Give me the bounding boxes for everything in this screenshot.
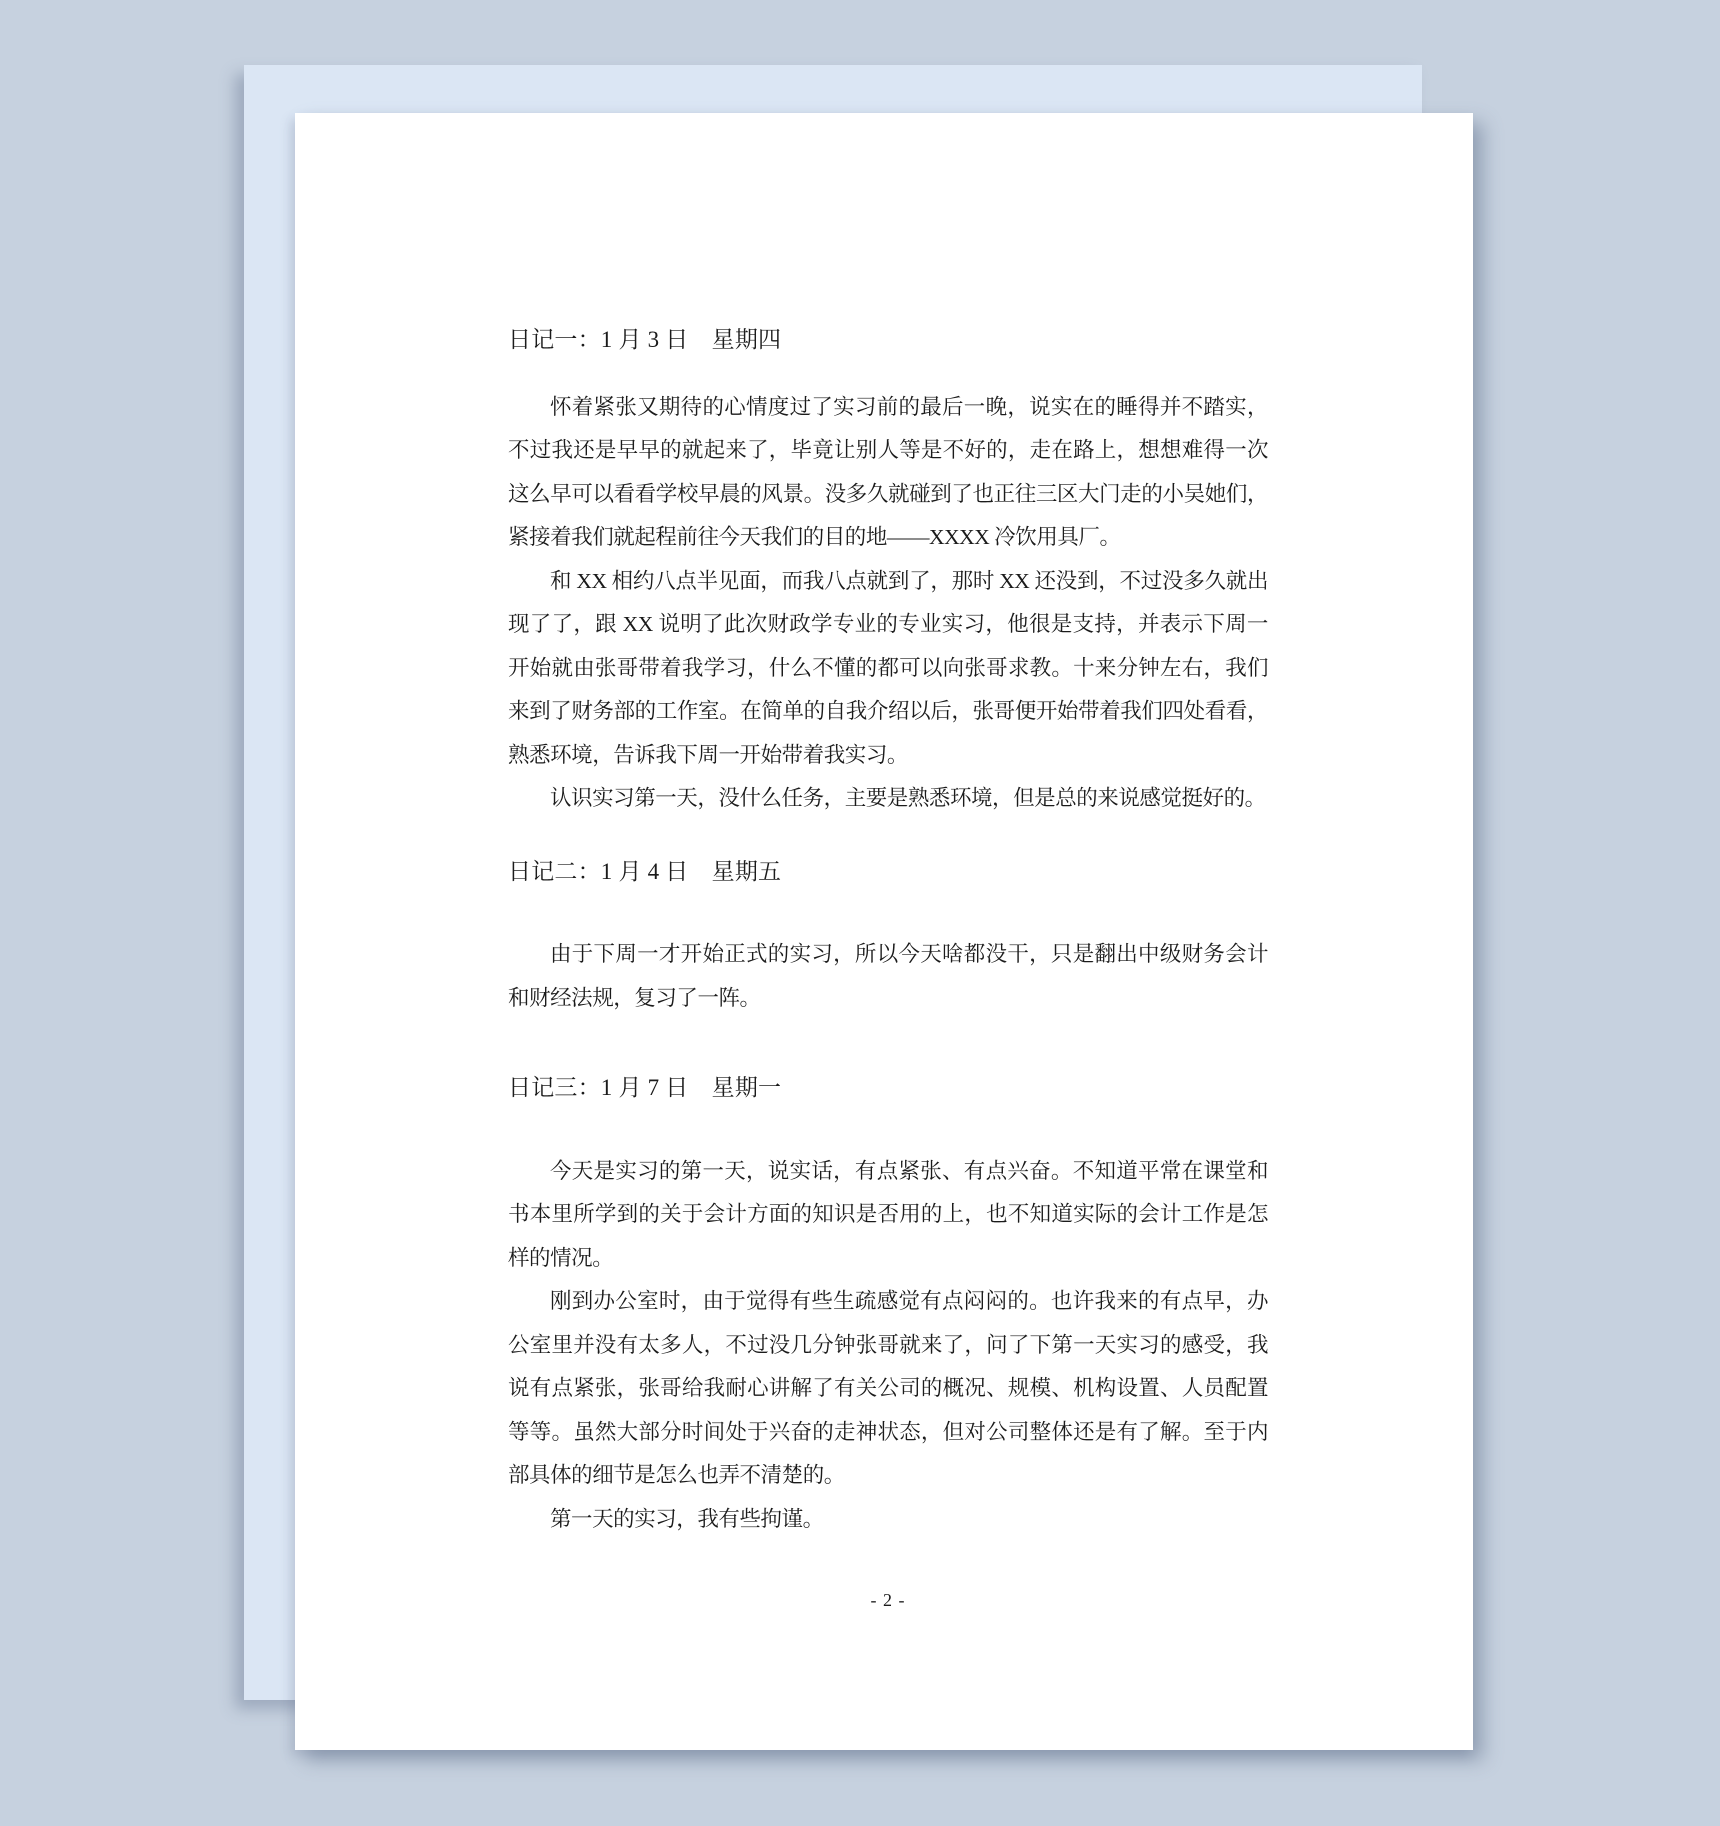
text-line: 和 XX 相约八点半见面，而我八点就到了，那时 XX 还没到，不过没多久就出 — [508, 560, 1268, 604]
paragraph: 由于下周一才开始正式的实习，所以今天啥都没干，只是翻出中级财务会计和财经法规，复… — [508, 933, 1268, 1020]
text-line: 来到了财务部的工作室。在简单的自我介绍以后，张哥便开始带着我们四处看看， — [508, 690, 1268, 734]
text-line: 部具体的细节是怎么也弄不清楚的。 — [508, 1454, 1268, 1498]
text-line: 不过我还是早早的就起来了，毕竟让别人等是不好的，走在路上，想想难得一次 — [508, 429, 1268, 473]
paragraph: 今天是实习的第一天，说实话，有点紧张、有点兴奋。不知道平常在课堂和书本里所学到的… — [508, 1150, 1268, 1281]
text-line: 说有点紧张，张哥给我耐心讲解了有关公司的概况、规模、机构设置、人员配置 — [508, 1367, 1268, 1411]
text-line: 开始就由张哥带着我学习，什么不懂的都可以向张哥求教。十来分钟左右，我们 — [508, 647, 1268, 691]
text-line: 紧接着我们就起程前往今天我们的目的地——XXXX 冷饮用具厂。 — [508, 516, 1268, 560]
text-line: 熟悉环境，告诉我下周一开始带着我实习。 — [508, 734, 1268, 778]
text-line: 认识实习第一天，没什么任务，主要是熟悉环境，但是总的来说感觉挺好的。 — [508, 777, 1268, 821]
diary-section: 日记一：1 月 3 日 星期四怀着紧张又期待的心情度过了实习前的最后一晚，说实在… — [508, 318, 1268, 821]
text-line: 由于下周一才开始正式的实习，所以今天啥都没干，只是翻出中级财务会计 — [508, 933, 1268, 977]
paragraph: 第一天的实习，我有些拘谨。 — [508, 1498, 1268, 1542]
text-line: 等等。虽然大部分时间处于兴奋的走神状态，但对公司整体还是有了解。至于内 — [508, 1411, 1268, 1455]
text-line: 这么早可以看看学校早晨的风景。没多久就碰到了也正往三区大门走的小吴她们， — [508, 473, 1268, 517]
entry-heading: 日记一：1 月 3 日 星期四 — [508, 318, 1268, 362]
paragraph: 怀着紧张又期待的心情度过了实习前的最后一晚，说实在的睡得并不踏实，不过我还是早早… — [508, 386, 1268, 560]
text-line: 和财经法规，复习了一阵。 — [508, 977, 1268, 1021]
text-line: 第一天的实习，我有些拘谨。 — [508, 1498, 1268, 1542]
desktop-background: { "colors": { "background": "#c6d1df", "… — [0, 0, 1720, 1826]
text-line: 今天是实习的第一天，说实话，有点紧张、有点兴奋。不知道平常在课堂和 — [508, 1150, 1268, 1194]
text-line: 公室里并没有太多人，不过没几分钟张哥就来了，问了下第一天实习的感受，我 — [508, 1324, 1268, 1368]
entry-heading: 日记二：1 月 4 日 星期五 — [508, 850, 1268, 894]
diary-section: 日记二：1 月 4 日 星期五由于下周一才开始正式的实习，所以今天啥都没干，只是… — [508, 850, 1268, 1021]
doc-content: 日记一：1 月 3 日 星期四怀着紧张又期待的心情度过了实习前的最后一晚，说实在… — [508, 318, 1268, 1541]
text-line: 怀着紧张又期待的心情度过了实习前的最后一晚，说实在的睡得并不踏实， — [508, 386, 1268, 430]
text-line: 书本里所学到的关于会计方面的知识是否用的上，也不知道实际的会计工作是怎 — [508, 1193, 1268, 1237]
document-page: 日记一：1 月 3 日 星期四怀着紧张又期待的心情度过了实习前的最后一晚，说实在… — [295, 113, 1473, 1750]
paragraph: 认识实习第一天，没什么任务，主要是熟悉环境，但是总的来说感觉挺好的。 — [508, 777, 1268, 821]
diary-section: 日记三：1 月 7 日 星期一今天是实习的第一天，说实话，有点紧张、有点兴奋。不… — [508, 1066, 1268, 1541]
paragraph: 刚到办公室时，由于觉得有些生疏感觉有点闷闷的。也许我来的有点早，办公室里并没有太… — [508, 1280, 1268, 1498]
text-line: 样的情况。 — [508, 1237, 1268, 1281]
entry-heading: 日记三：1 月 7 日 星期一 — [508, 1066, 1268, 1110]
page-number: - 2 - — [508, 1590, 1268, 1611]
text-line: 刚到办公室时，由于觉得有些生疏感觉有点闷闷的。也许我来的有点早，办 — [508, 1280, 1268, 1324]
text-line: 现了了，跟 XX 说明了此次财政学专业的专业实习，他很是支持，并表示下周一 — [508, 603, 1268, 647]
paragraph: 和 XX 相约八点半见面，而我八点就到了，那时 XX 还没到，不过没多久就出现了… — [508, 560, 1268, 778]
